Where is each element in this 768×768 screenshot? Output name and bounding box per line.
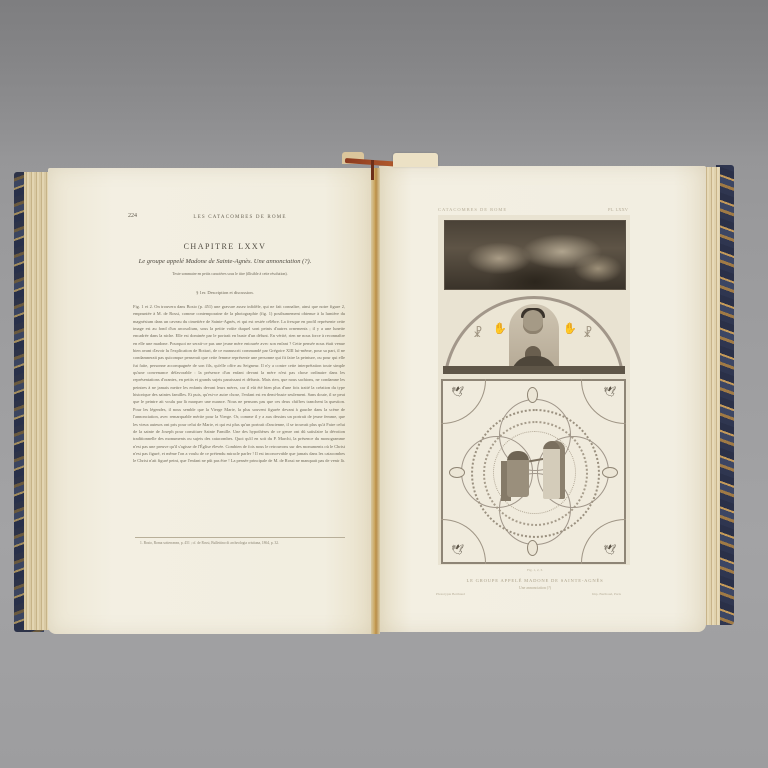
bird-icon: 🕊	[603, 387, 616, 398]
medallion	[602, 467, 618, 478]
medallion	[527, 540, 538, 556]
raised-hand-icon: ✋	[493, 322, 507, 335]
footnote-divider	[135, 537, 345, 538]
chapter-title: CHAPITRE LXXV	[100, 242, 350, 251]
chi-rho-icon: ☧	[473, 326, 482, 341]
plate-caption-subtitle: Une annonciation (?)	[440, 586, 630, 590]
lunette-base	[443, 366, 625, 374]
body-text: Fig. 1 et 2. On trouvera dans Bosio (p. …	[133, 303, 345, 525]
plate-caption: LE GROUPE APPELÉ MADONE DE SAINTE-AGNÈS	[440, 578, 630, 583]
plate-number: PL. LXXV	[608, 207, 628, 212]
plate-running-head: CATACOMBES DE ROME	[438, 207, 507, 212]
fresco-photo-icon	[444, 220, 626, 290]
page-edges-left	[24, 172, 50, 630]
medallion	[527, 387, 538, 403]
chi-rho-icon: ☧	[583, 326, 592, 341]
footnote: 1. Bosio, Roma sotterranea, p. 451 ; cf.…	[140, 541, 345, 545]
figure-face	[523, 310, 543, 334]
running-head: LES CATACOMBES DE ROME	[130, 215, 350, 220]
figure-label: Fig. 1, 2, 3.	[495, 568, 575, 572]
corner-arc	[441, 519, 486, 564]
page-edges-right	[704, 167, 720, 625]
seated-figure	[507, 451, 529, 497]
medallion	[449, 467, 465, 478]
chapter-subtitle: Le groupe appelé Madone de Sainte-Agnès.…	[100, 258, 350, 265]
corner-arc	[581, 379, 626, 424]
ceiling-fresco-icon: 🕊 🕊 🕊 🕊	[441, 379, 626, 564]
printer-credit-right: Imp. Berthaud, Paris	[592, 592, 621, 596]
chapter-summary: Texte sommaire en petits caractères sous…	[112, 272, 348, 277]
corner-arc	[581, 519, 626, 564]
bookmark-ribbon-tail	[371, 160, 374, 180]
backdrop-shadow	[0, 0, 768, 160]
section-heading: § 1er. Description et discussion.	[100, 290, 350, 295]
bird-icon: 🕊	[603, 545, 616, 556]
madonna-lunette-icon: ☧ ☧ ✋ ✋	[443, 296, 625, 374]
raised-hand-icon: ✋	[563, 322, 577, 335]
printer-credit-left: Phototypie Berthaud	[436, 592, 465, 596]
corner-arc	[441, 379, 486, 424]
bird-icon: 🕊	[451, 545, 464, 556]
paper-bookmark[interactable]	[393, 153, 438, 167]
standing-figure	[543, 441, 565, 499]
bird-icon: 🕊	[451, 387, 464, 398]
gilt-gutter	[371, 168, 380, 634]
